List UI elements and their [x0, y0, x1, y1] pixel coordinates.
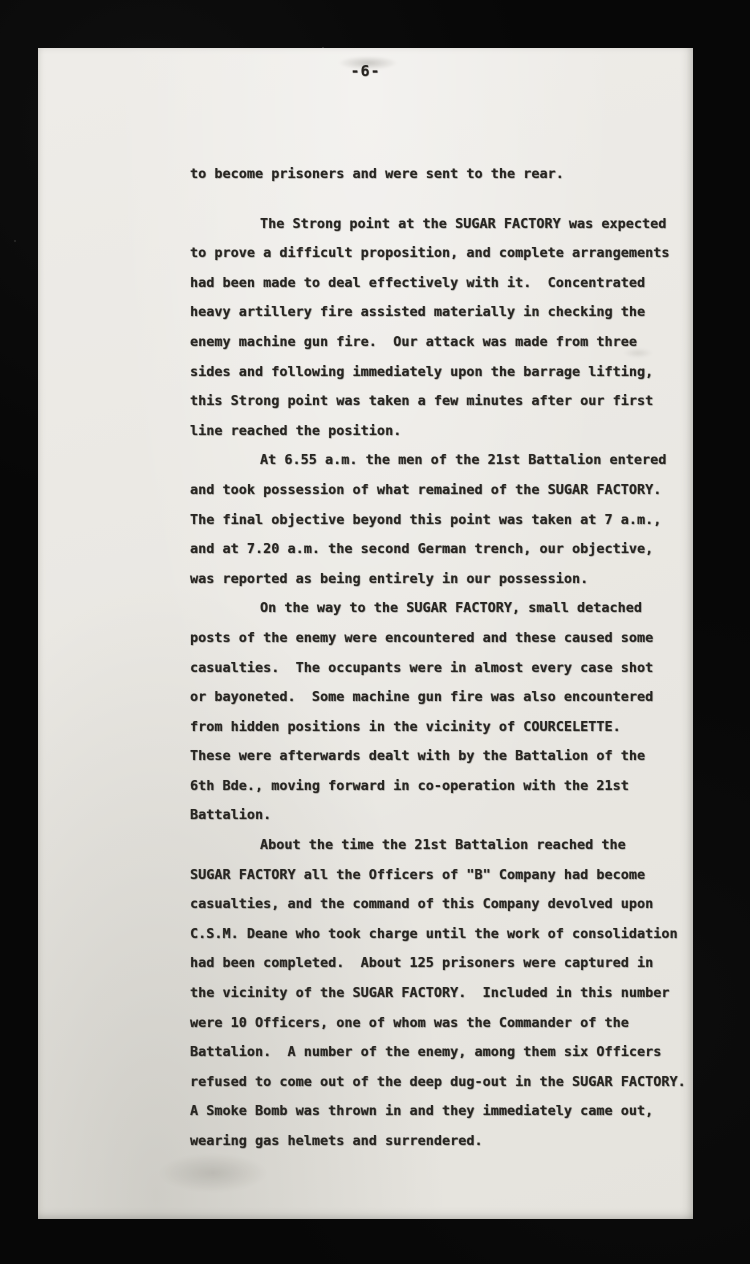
text-line: A Smoke Bomb was thrown in and they imme…: [190, 1097, 710, 1127]
text-line: had been completed. About 125 prisoners …: [190, 949, 710, 979]
paragraph: At 6.55 a.m. the men of the 21st Battali…: [190, 446, 710, 594]
text-line: 6th Bde., moving forward in co-operation…: [190, 772, 710, 802]
text-line: posts of the enemy were encountered and …: [190, 624, 710, 654]
text-line: About the time the 21st Battalion reache…: [190, 831, 710, 861]
text-line: the vicinity of the SUGAR FACTORY. Inclu…: [190, 979, 710, 1009]
text-line: to prove a difficult proposition, and co…: [190, 239, 710, 269]
text-line: Battalion. A number of the enemy, among …: [190, 1038, 710, 1068]
text-line: The Strong point at the SUGAR FACTORY wa…: [190, 210, 710, 240]
text-line: casualties. The occupants were in almost…: [190, 654, 710, 684]
text-line: line reached the position.: [190, 417, 710, 447]
text-line: SUGAR FACTORY all the Officers of "B" Co…: [190, 861, 710, 891]
text-line: from hidden positions in the vicinity of…: [190, 713, 710, 743]
document-body: to become prisoners and were sent to the…: [190, 160, 710, 1157]
text-line: heavy artillery fire assisted materially…: [190, 298, 710, 328]
text-line: sides and following immediately upon the…: [190, 358, 710, 388]
text-line: casualties, and the command of this Comp…: [190, 890, 710, 920]
text-line: enemy machine gun fire. Our attack was m…: [190, 328, 710, 358]
text-line: to become prisoners and were sent to the…: [190, 160, 710, 190]
scan-dust-speck: [14, 240, 16, 242]
text-line: was reported as being entirely in our po…: [190, 565, 710, 595]
text-line: were 10 Officers, one of whom was the Co…: [190, 1009, 710, 1039]
paragraph: On the way to the SUGAR FACTORY, small d…: [190, 594, 710, 831]
text-line: refused to come out of the deep dug-out …: [190, 1068, 710, 1098]
text-line: wearing gas helmets and surrendered.: [190, 1127, 710, 1157]
document-page: -6- to become prisoners and were sent to…: [38, 48, 693, 1219]
text-line: and at 7.20 a.m. the second German trenc…: [190, 535, 710, 565]
text-line: The final objective beyond this point wa…: [190, 506, 710, 536]
paragraph: to become prisoners and were sent to the…: [190, 160, 710, 190]
text-line: On the way to the SUGAR FACTORY, small d…: [190, 594, 710, 624]
page-number: -6-: [38, 62, 693, 80]
text-line: These were afterwards dealt with by the …: [190, 742, 710, 772]
text-line: or bayoneted. Some machine gun fire was …: [190, 683, 710, 713]
text-line: this Strong point was taken a few minute…: [190, 387, 710, 417]
scan-background: -6- to become prisoners and were sent to…: [0, 0, 750, 1264]
paragraph: About the time the 21st Battalion reache…: [190, 831, 710, 1157]
text-line: had been made to deal effectively with i…: [190, 269, 710, 299]
text-line: At 6.55 a.m. the men of the 21st Battali…: [190, 446, 710, 476]
text-line: and took possession of what remained of …: [190, 476, 710, 506]
text-line: Battalion.: [190, 801, 710, 831]
paper-stain: [158, 1153, 268, 1193]
paragraph: The Strong point at the SUGAR FACTORY wa…: [190, 210, 710, 447]
text-line: C.S.M. Deane who took charge until the w…: [190, 920, 710, 950]
